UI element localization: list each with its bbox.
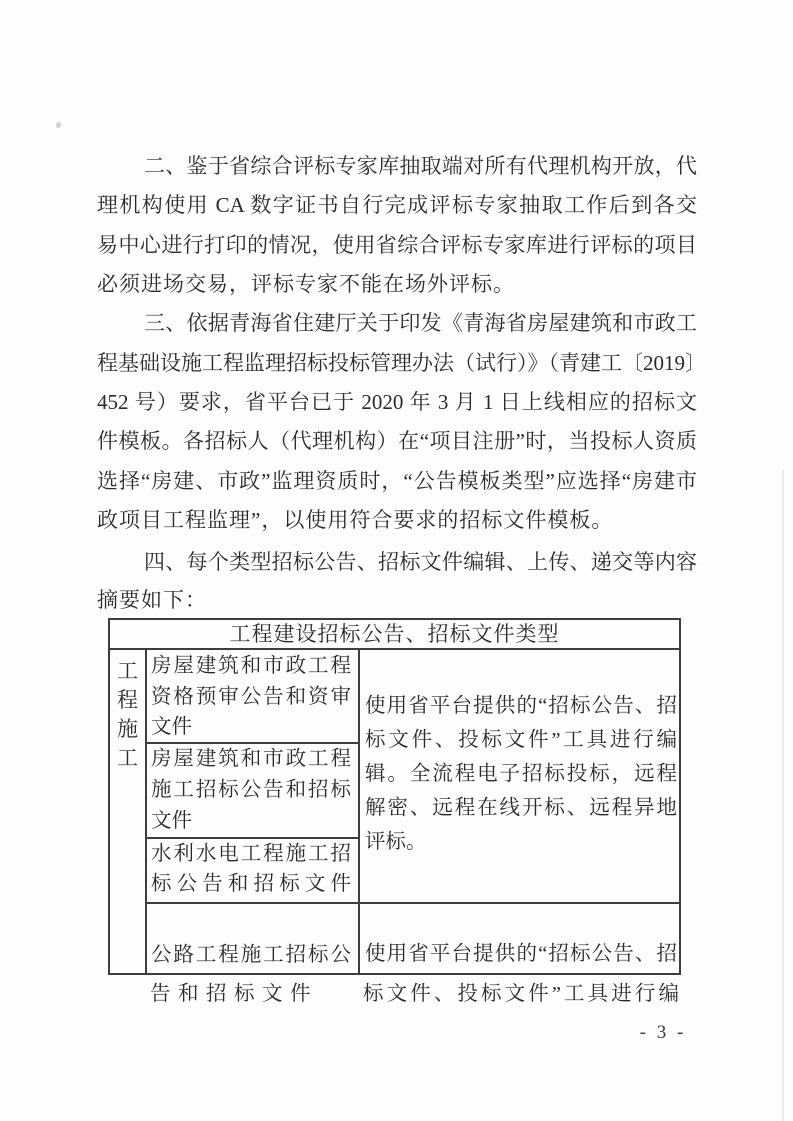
table-cell-line: 公路工程施工招标公 (151, 940, 351, 970)
table-cell-line: 文件 (151, 806, 351, 836)
paragraph-line: 件模板。各招标人（代理机构）在“项目注册”时，当投标人资质 (97, 422, 697, 461)
table-title: 工程建设招标公告、招标文件类型 (110, 620, 679, 649)
table-cell-line: 房屋建筑和市政工程 (151, 744, 351, 774)
table-desc-line: 使用省平台提供的“招标公告、招 (365, 939, 677, 969)
paragraph-line: 政项目工程监理”，以使用符合要求的招标文件模板。 (97, 501, 697, 540)
table-desc-line: 标文件、投标文件”工具进行编 (365, 725, 677, 755)
table-cell-line: 施工招标公告和招标 (151, 775, 351, 805)
table-desc-line: 解密、远程在线开标、远程异地 (365, 793, 677, 823)
paragraph-line: 四、每个类型招标公告、招标文件编辑、上传、递交等内容 (97, 543, 697, 582)
paragraph-line: 程基础设施工程监理招标投标管理办法（试行）》（青建工〔2019〕 (97, 344, 697, 383)
paragraph-line: 必须进场交易，评标专家不能在场外评标。 (97, 265, 697, 304)
document-page: 二、鉴于省综合评标专家库抽取端对所有代理机构开放，代 理机构使用 CA 数字证书… (0, 0, 793, 1121)
table-row3-rule (145, 902, 681, 904)
paragraph-line: 二、鉴于省综合评标专家库抽取端对所有代理机构开放，代 (97, 147, 697, 186)
table-desc-overflow-line: 标文件、投标文件”工具进行编 (363, 979, 679, 1009)
table-cell-line: 资格预审公告和资审 (151, 682, 351, 712)
table-desc-line: 辑。全流程电子招标投标，远程 (365, 759, 677, 789)
table-group-label: 工 程 施 工 (110, 657, 145, 773)
paragraph-line: 易中心进行打印的情况，使用省综合评标专家库进行评标的项目 (97, 226, 697, 265)
table-desc-line: 评标。 (365, 827, 677, 857)
scan-speck-artifact (55, 121, 62, 128)
table-cell-overflow-line: 告和招标文件 (150, 979, 380, 1009)
page-number: - 3 - (618, 1021, 708, 1045)
table-desc-line: 使用省平台提供的“招标公告、招 (365, 691, 677, 721)
table-cell-line: 文件 (151, 712, 351, 742)
scan-edge-line (782, 470, 784, 1121)
table-col1-rule (145, 648, 147, 973)
table-cell-line: 水利水电工程施工招 (151, 839, 351, 869)
paragraph-line: 摘要如下： (97, 581, 697, 620)
table-col2-rule (358, 648, 360, 973)
paragraph-line: 452 号）要求，省平台已于 2020 年 3 月 1 日上线相应的招标文 (97, 383, 697, 422)
paragraph-line: 选择“房建、市政”监理资质时，“公告模板类型”应选择“房建市 (97, 462, 697, 501)
table-cell-line: 标公告和招标文件 (151, 869, 351, 899)
table-cell-line: 房屋建筑和市政工程 (151, 651, 351, 681)
paragraph-line: 理机构使用 CA 数字证书自行完成评标专家抽取工作后到各交 (97, 186, 697, 225)
paragraph-line: 三、依据青海省住建厅关于印发《青海省房屋建筑和市政工 (97, 304, 697, 343)
